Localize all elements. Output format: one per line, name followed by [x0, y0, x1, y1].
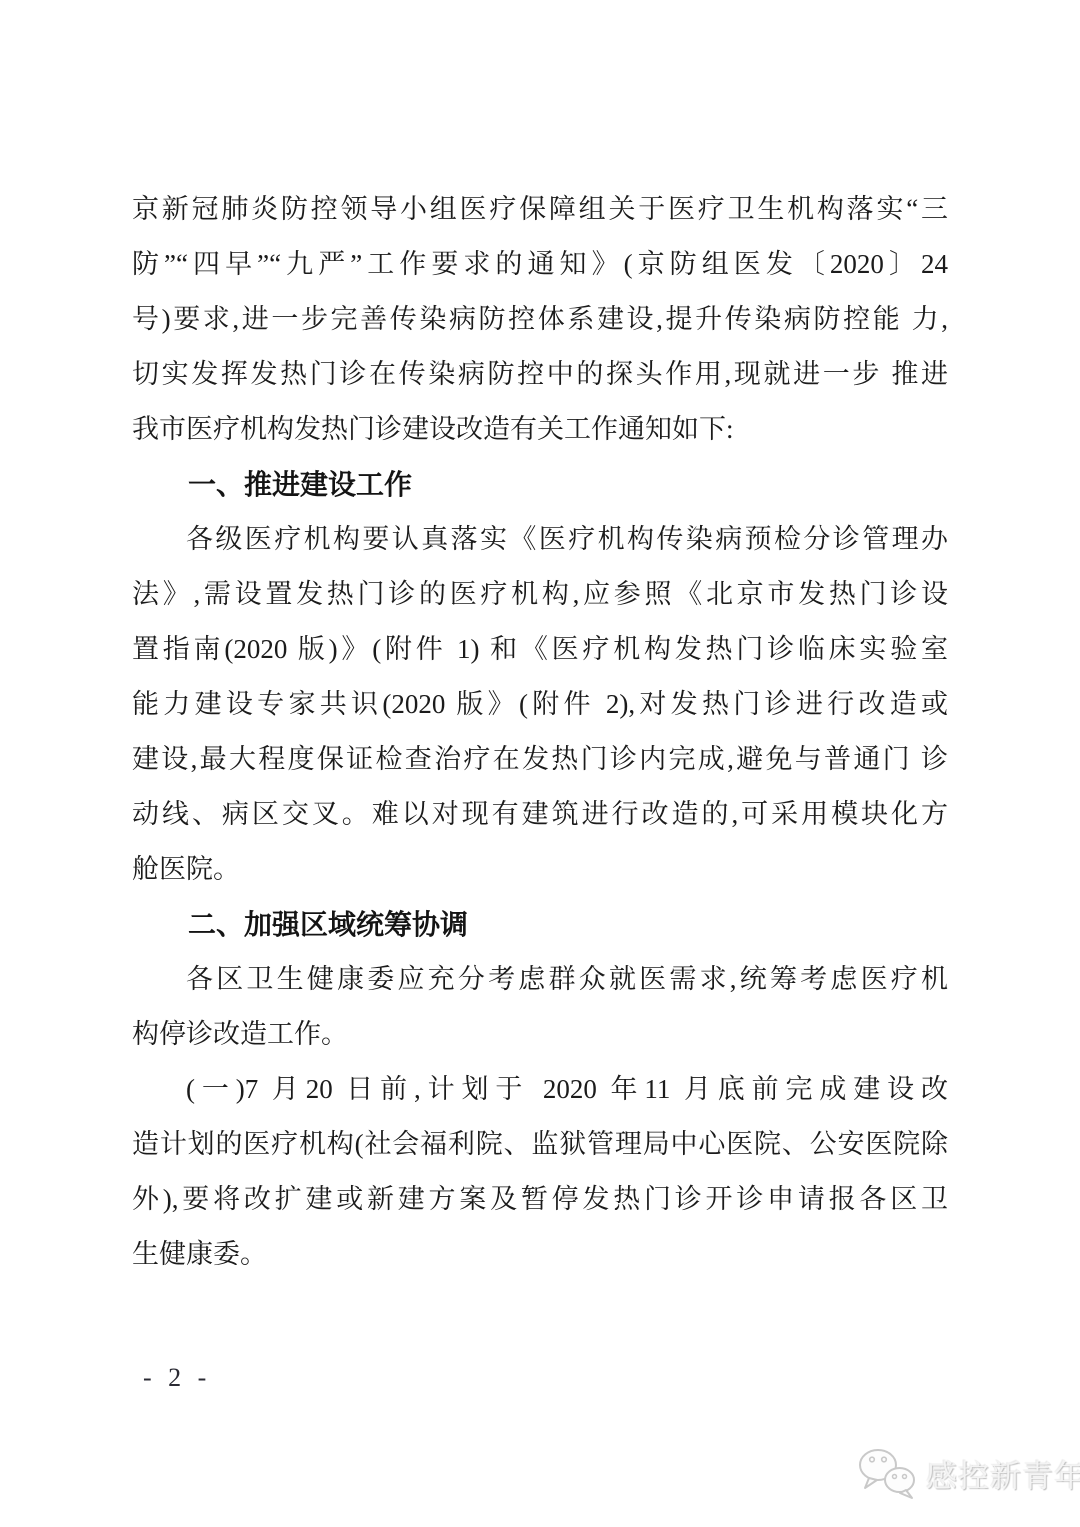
section-heading: 一、推进建设工作	[132, 457, 948, 512]
text-line: 造计划的医疗机构(社会福利院、监狱管理局中心医院、公安医院除	[132, 1117, 948, 1172]
text-line: 外),要将改扩建或新建方案及暂停发热门诊开诊申请报各区卫	[132, 1172, 948, 1227]
text-line: 防”“四早”“九严”工作要求的通知》(京防组医发〔2020〕24	[132, 237, 948, 292]
text-line: 置指南(2020 版)》(附件 1) 和《医疗机构发热门诊临床实验室	[132, 622, 948, 677]
text-line: 生健康委。	[132, 1227, 948, 1282]
text-line: 动线、病区交叉。难以对现有建筑进行改造的,可采用模块化方	[132, 787, 948, 842]
text-line: 构停诊改造工作。	[132, 1007, 948, 1062]
page-number: - 2 -	[143, 1358, 211, 1398]
text-line: (一)7 月20 日前,计划于 2020 年11 月底前完成建设改	[132, 1062, 948, 1117]
text-line: 号)要求,进一步完善传染病防控体系建设,提升传染病防控能 力,	[132, 292, 948, 347]
text-line: 建设,最大程度保证检查治疗在发热门诊内完成,避免与普通门 诊	[132, 732, 948, 787]
document-body: 京新冠肺炎防控领导小组医疗保障组关于医疗卫生机构落实“三 防”“四早”“九严”工…	[132, 182, 948, 1282]
section-heading: 二、加强区域统筹协调	[132, 897, 948, 952]
text-line: 各级医疗机构要认真落实《医疗机构传染病预检分诊管理办	[132, 512, 948, 567]
wechat-icon	[856, 1446, 918, 1500]
text-line: 切实发挥发热门诊在传染病防控中的探头作用,现就进一步 推进	[132, 347, 948, 402]
text-line: 舱医院。	[132, 842, 948, 897]
text-line: 法》,需设置发热门诊的医疗机构,应参照《北京市发热门诊设	[132, 567, 948, 622]
text-line: 各区卫生健康委应充分考虑群众就医需求,统筹考虑医疗机	[132, 952, 948, 1007]
text-line: 能力建设专家共识(2020 版》(附件 2),对发热门诊进行改造或	[132, 677, 948, 732]
text-line: 我市医疗机构发热门诊建设改造有关工作通知如下:	[132, 402, 948, 457]
watermark: 感控新青年	[856, 1446, 1080, 1500]
text-line: 京新冠肺炎防控领导小组医疗保障组关于医疗卫生机构落实“三	[132, 182, 948, 237]
watermark-label: 感控新青年	[926, 1451, 1080, 1496]
document-page: 京新冠肺炎防控领导小组医疗保障组关于医疗卫生机构落实“三 防”“四早”“九严”工…	[0, 0, 1080, 1527]
